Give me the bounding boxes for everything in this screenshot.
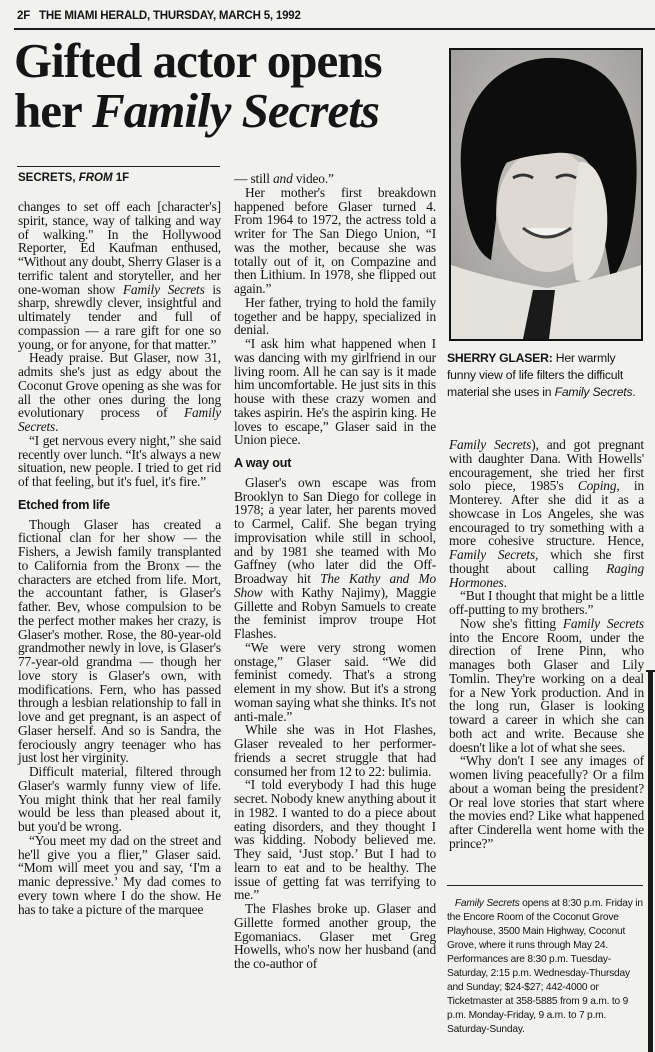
portrait-image-icon — [451, 50, 641, 339]
caption-show-title: Family Secrets — [555, 385, 633, 399]
jump-rule — [17, 166, 220, 167]
jump-from: FROM — [79, 172, 113, 184]
jump-page: 1F — [116, 172, 129, 184]
subhead-etched-from-life: Etched from life — [18, 499, 221, 513]
paragraph: Family Secrets), and got pregnant with d… — [449, 438, 644, 589]
info-box: Family Secrets opens at 8:30 p.m. Friday… — [447, 897, 645, 1037]
photo-caption: SHERRY GLASER: Her warmly funny view of … — [447, 350, 647, 401]
page-folio: 2FTHE MIAMI HERALD, THURSDAY, MARCH 5, 1… — [17, 10, 655, 22]
paragraph: “I ask him what happened when I was danc… — [234, 337, 436, 447]
paragraph: Though Glaser has created a fictional cl… — [18, 518, 221, 766]
paragraph: The Flashes broke up. Glaser and Gillett… — [234, 902, 436, 971]
folio-line: THE MIAMI HERALD, THURSDAY, MARCH 5, 199… — [39, 10, 301, 22]
paragraph: — still and video.” — [234, 172, 436, 186]
info-box-rule — [447, 885, 643, 886]
paragraph: “Why don't I see any images of women liv… — [449, 754, 644, 850]
paragraph: changes to set off each [character's] sp… — [18, 200, 221, 351]
headline-line1: Gifted actor opens — [14, 33, 382, 88]
portrait-photo — [449, 48, 643, 341]
paragraph: “We were very strong women onstage,” Gla… — [234, 641, 436, 724]
headline: Gifted actor opens her Family Secrets — [14, 36, 444, 136]
article-column-1: changes to set off each [character's] sp… — [18, 200, 221, 916]
paragraph: Her mother's first breakdown happened be… — [234, 186, 436, 296]
headline-line2: her — [14, 83, 92, 138]
paragraph: “You meet my dad on the street and he'll… — [18, 834, 221, 917]
paragraph: Difficult material, filtered through Gla… — [18, 765, 221, 834]
paragraph: Glaser's own escape was from Brooklyn to… — [234, 476, 436, 641]
paragraph: “But I thought that might be a little of… — [449, 589, 644, 617]
headline-show-title: Family Secrets — [92, 83, 379, 138]
paragraph: “I told everybody I had this huge secret… — [234, 778, 436, 902]
paragraph: “I get nervous every night,” she said re… — [18, 434, 221, 489]
article-column-3: Family Secrets), and got pregnant with d… — [449, 438, 644, 851]
paragraph: Now she's fitting Family Secrets into th… — [449, 617, 644, 755]
paragraph: Heady praise. But Glaser, now 31, admits… — [18, 351, 221, 434]
adjacent-border — [648, 672, 653, 1052]
paragraph: While she was in Hot Flashes, Glaser rev… — [234, 723, 436, 778]
top-rule — [14, 28, 655, 30]
article-column-2: — still and video.” Her mother's first b… — [234, 172, 436, 971]
paragraph: Her father, trying to hold the family to… — [234, 296, 436, 337]
info-show-title: Family Secrets — [455, 898, 520, 909]
jump-label: SECRETS, — [18, 172, 76, 184]
jump-line: SECRETS, FROM 1F — [18, 172, 129, 184]
caption-name: SHERRY GLASER: — [447, 351, 553, 365]
subhead-a-way-out: A way out — [234, 457, 436, 471]
info-text: opens at 8:30 p.m. Friday in the Encore … — [447, 898, 643, 1035]
page-number: 2F — [17, 10, 30, 22]
